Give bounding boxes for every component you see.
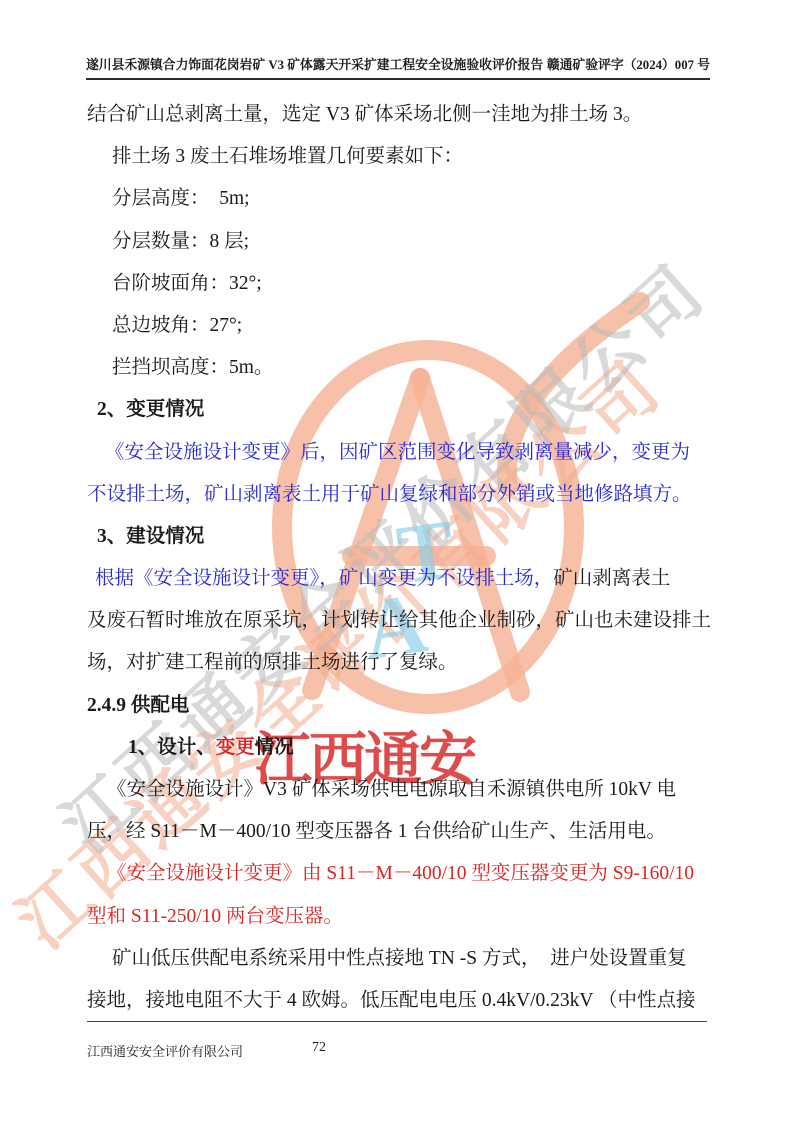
page-header: 遂川县禾源镇合力饰面花岗岩矿 V3 矿体露天开采扩建工程安全设施验收评价报告 赣… <box>86 54 710 80</box>
body-text: 情况 <box>255 737 294 758</box>
body-text-blue: 根据《安全设施设计变更》，矿山变更为不设排土场， <box>95 568 553 589</box>
body-text: 分层数量：8 层; <box>112 231 249 252</box>
body-text: 接地，接地电阻不大于 4 欧姆。低压配电电压 0.4kV/0.23kV （中性点… <box>87 990 695 1011</box>
document-body: 结合矿山总剥离土量，选定 V3 矿体采场北侧一洼地为排土场 3。排土场 3 废土… <box>87 94 727 1022</box>
body-text: 及废石暂时堆放在原采坑，计划转让给其他企业制砂，矿山也未建设排土 <box>87 610 711 631</box>
body-text: 2、变更情况 <box>97 399 204 420</box>
body-line: 3、建设情况 <box>87 516 727 558</box>
body-line: 2.4.9 供配电 <box>87 685 727 727</box>
body-text: 排土场 3 废土石堆场堆置几何要素如下： <box>112 146 463 167</box>
body-line: 型和 S11-250/10 两台变压器。 <box>87 896 727 938</box>
body-text: 矿山低压供配电系统采用中性点接地 TN -S 方式， 进户处设置重复 <box>112 948 687 969</box>
body-line: 不设排土场，矿山剥离表土用于矿山复绿和部分外销或当地修路填方。 <box>87 474 727 516</box>
body-text-red: 变更 <box>216 737 255 758</box>
body-line: 结合矿山总剥离土量，选定 V3 矿体采场北侧一洼地为排土场 3。 <box>87 94 727 136</box>
body-line: 2、变更情况 <box>87 389 727 431</box>
footer-page-number: 72 <box>312 1040 326 1056</box>
body-text: 2.4.9 供配电 <box>87 695 189 716</box>
body-line: 拦挡坝高度：5m。 <box>87 347 727 389</box>
body-line: 压，经 S11－M－400/10 型变压器各 1 台供给矿山生产、生活用电。 <box>87 811 727 853</box>
body-line: 接地，接地电阻不大于 4 欧姆。低压配电电压 0.4kV/0.23kV （中性点… <box>87 980 727 1022</box>
footer-company: 江西通安安全评价有限公司 <box>87 1041 243 1060</box>
body-line: 1、设计、变更情况 <box>87 727 727 769</box>
body-line: 《安全设施设计变更》后，因矿区范围变化导致剥离量减少，变更为 <box>87 432 727 474</box>
body-line: 《安全设施设计变更》由 S11－M－400/10 型变压器变更为 S9-160/… <box>87 853 727 895</box>
document-page: 江西通安全评价有限公司 江西通安全评价有限公司 T A 江西通安 遂川县禾源镇合… <box>0 0 793 1122</box>
body-text: 拦挡坝高度：5m。 <box>112 357 273 378</box>
body-text-red: 型和 S11-250/10 两台变压器。 <box>87 906 343 927</box>
body-line: 场，对扩建工程前的原排土场进行了复绿。 <box>87 642 727 684</box>
body-text: 1、设计、 <box>128 737 216 758</box>
body-line: 总边坡角：27°; <box>87 305 727 347</box>
body-text: 结合矿山总剥离土量，选定 V3 矿体采场北侧一洼地为排土场 3。 <box>87 104 642 125</box>
body-text-blue: 《安全设施设计变更》后，因矿区范围变化导致剥离量减少，变更为 <box>105 442 690 463</box>
header-report-title: 遂川县禾源镇合力饰面花岗岩矿 V3 矿体露天开采扩建工程安全设施验收评价报告 <box>86 54 543 73</box>
body-text: 场，对扩建工程前的原排土场进行了复绿。 <box>87 652 458 673</box>
body-text: 压，经 S11－M－400/10 型变压器各 1 台供给矿山生产、生活用电。 <box>87 821 666 842</box>
body-line: 台阶坡面角：32°; <box>87 263 727 305</box>
body-text: 矿山剥离表土 <box>553 568 670 589</box>
body-text: 《安全设施设计》V3 矿体采场供电电源取自禾源镇供电所 10kV 电 <box>107 779 676 800</box>
body-text: 总边坡角：27°; <box>112 315 242 336</box>
body-text: 分层高度： 5m; <box>112 188 250 209</box>
body-text: 3、建设情况 <box>97 526 204 547</box>
body-line: 分层数量：8 层; <box>87 221 727 263</box>
header-doc-number: 赣通矿验评字（2024）007 号 <box>547 54 710 73</box>
body-line: 根据《安全设施设计变更》，矿山变更为不设排土场，矿山剥离表土 <box>87 558 727 600</box>
body-line: 及废石暂时堆放在原采坑，计划转让给其他企业制砂，矿山也未建设排土 <box>87 600 727 642</box>
body-line: 《安全设施设计》V3 矿体采场供电电源取自禾源镇供电所 10kV 电 <box>87 769 727 811</box>
body-text-red: 《安全设施设计变更》由 S11－M－400/10 型变压器变更为 S9-160/… <box>107 863 694 884</box>
body-text: 台阶坡面角：32°; <box>112 273 262 294</box>
body-line: 排土场 3 废土石堆场堆置几何要素如下： <box>87 136 727 178</box>
body-line: 分层高度： 5m; <box>87 178 727 220</box>
body-text-blue: 不设排土场，矿山剥离表土用于矿山复绿和部分外销或当地修路填方。 <box>87 484 692 505</box>
body-line: 矿山低压供配电系统采用中性点接地 TN -S 方式， 进户处设置重复 <box>87 938 727 980</box>
